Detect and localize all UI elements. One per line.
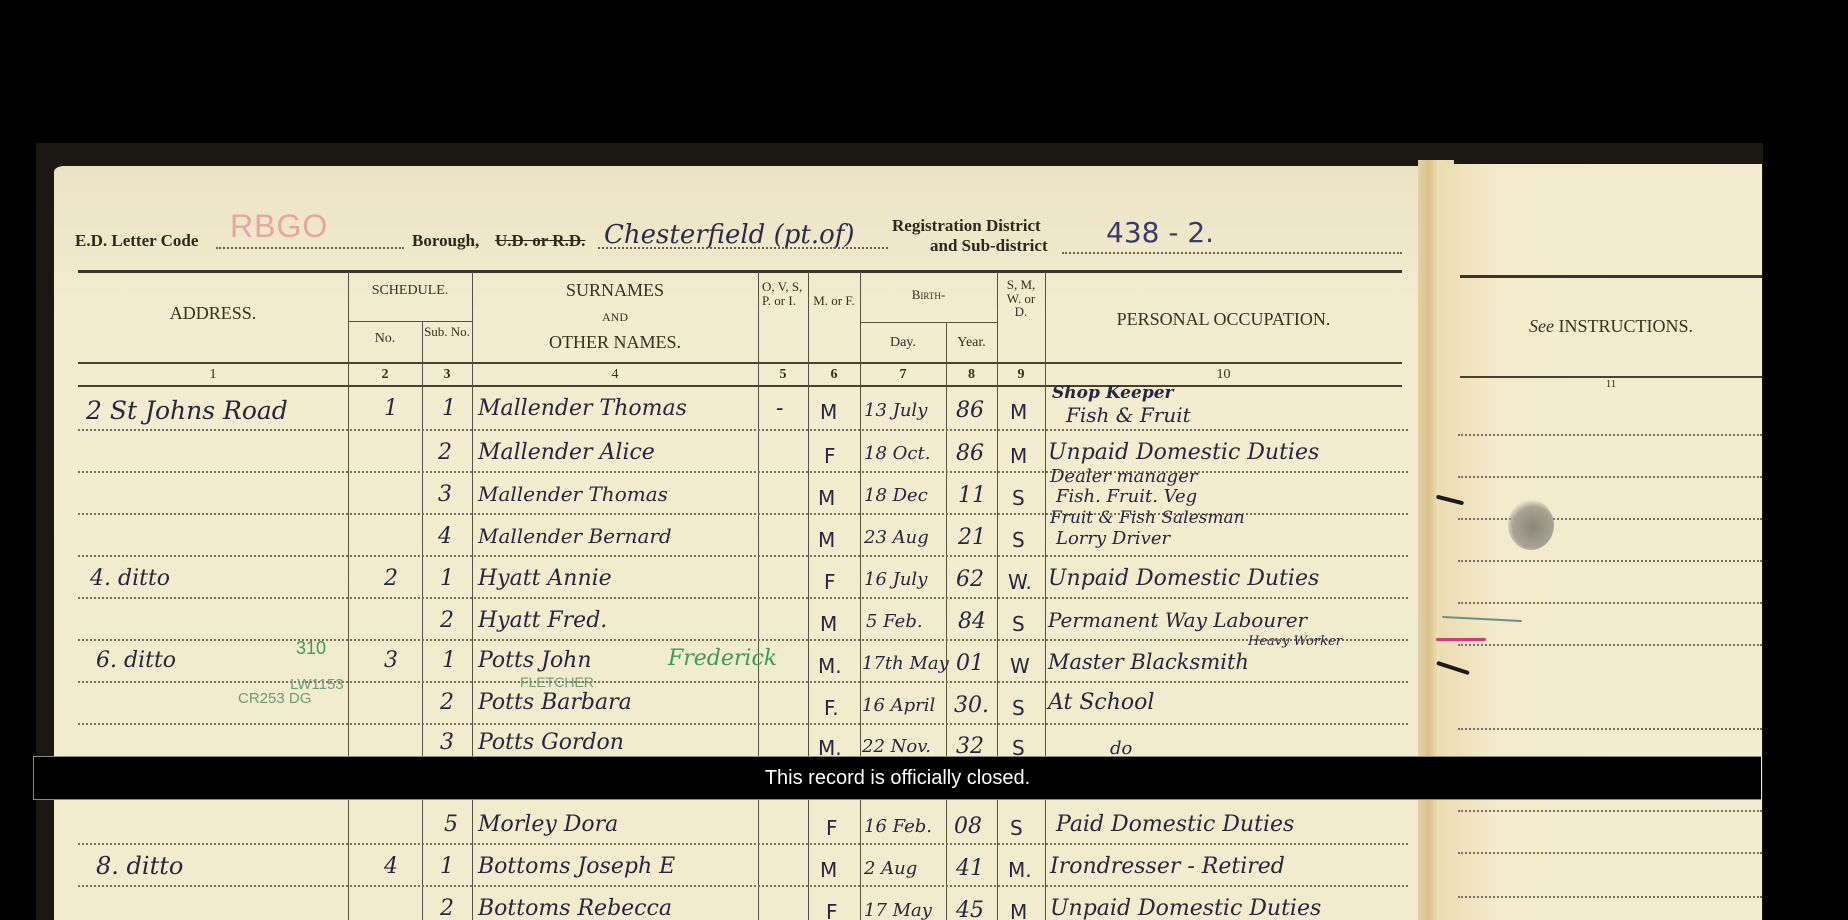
- column-header-birth: Birth-: [860, 288, 997, 302]
- occupation-cell: Permanent Way Labourer: [1048, 608, 1307, 632]
- birth-year-cell: 01: [956, 651, 984, 676]
- sub-no-cell: 2: [440, 896, 454, 920]
- name-cell: Potts Barbara: [478, 690, 632, 715]
- address-cell: 8. ditto: [96, 852, 183, 880]
- occupation-cell-line1: Fruit & Fish Salesman: [1050, 508, 1245, 528]
- sex-cell: M: [820, 612, 837, 636]
- address-cell: 2 St Johns Road: [86, 396, 288, 425]
- registration-district-value: 438 - 2.: [1106, 216, 1214, 249]
- borough-struck-text: U.D. or R.D.: [495, 231, 585, 251]
- birth-day-cell: 16 April: [862, 695, 935, 716]
- sex-cell: M: [820, 400, 837, 424]
- address-cell: 4. ditto: [90, 566, 170, 591]
- birth-year-cell: 86: [956, 441, 984, 466]
- name-cell: Potts Gordon: [478, 730, 624, 755]
- instructions-label: INSTRUCTIONS.: [1558, 316, 1693, 336]
- sex-cell: F: [826, 900, 838, 920]
- sub-no-cell: 2: [440, 608, 454, 633]
- name-cell: Mallender Bernard: [478, 524, 672, 548]
- occupation-cell: Irondresser - Retired: [1050, 854, 1285, 879]
- column-number: 7: [860, 367, 946, 383]
- sub-no-cell: 1: [442, 396, 456, 421]
- marital-cell: W.: [1008, 570, 1032, 594]
- occupation-cell: Fish & Fruit: [1066, 403, 1191, 427]
- sub-no-cell: 1: [440, 854, 454, 879]
- column-header-birth-year: Year.: [946, 336, 997, 351]
- birth-year-cell: 62: [956, 567, 984, 592]
- column-header-other-names: OTHER NAMES.: [472, 333, 758, 352]
- record-closed-banner: This record is officially closed.: [33, 756, 1761, 800]
- sub-no-cell: 3: [438, 482, 452, 507]
- birth-year-cell: 45: [956, 898, 984, 920]
- birth-year-cell: 08: [954, 814, 982, 839]
- schedule-no-cell: 4: [384, 854, 398, 879]
- sub-no-cell: 2: [438, 440, 452, 465]
- ovspi-cell: -: [776, 396, 783, 421]
- column-header-schedule: SCHEDULE.: [348, 284, 472, 299]
- schedule-no-cell: 2: [384, 566, 398, 591]
- column-header-instructions: See INSTRUCTIONS.: [1460, 317, 1762, 336]
- birth-day-cell: 18 Oct.: [864, 443, 930, 464]
- marital-cell: S: [1012, 528, 1025, 552]
- ed-letter-code-label: E.D. Letter Code: [75, 231, 198, 251]
- schedule-no-cell: 1: [384, 396, 398, 421]
- marital-cell: M.: [1008, 858, 1032, 882]
- column-number: 6: [808, 367, 860, 383]
- marital-cell: W: [1010, 654, 1030, 678]
- birth-day-cell: 13 July: [864, 400, 927, 421]
- sub-no-cell: 5: [444, 812, 458, 837]
- marital-cell: S: [1010, 816, 1023, 840]
- occupation-cell: Paid Domestic Duties: [1056, 812, 1294, 837]
- name-cell-green-addition: Frederick: [668, 646, 777, 671]
- sex-cell: F: [824, 444, 836, 468]
- sub-no-cell: 4: [438, 524, 452, 549]
- column-number: 5: [758, 367, 808, 383]
- birth-year-cell: 84: [958, 609, 986, 634]
- occupation-cell: At School: [1048, 690, 1154, 715]
- birth-day-cell: 16 July: [864, 569, 927, 590]
- ink-blot: [1508, 500, 1554, 550]
- occupation-cell: Lorry Driver: [1056, 528, 1170, 549]
- ink-mark: [1436, 638, 1486, 641]
- column-number: 9: [997, 367, 1045, 383]
- name-cell: Potts John: [478, 648, 592, 673]
- schedule-no-cell: 3: [384, 648, 398, 673]
- sex-cell: M: [820, 858, 837, 882]
- registration-district-label: Registration District: [892, 216, 1041, 236]
- record-closed-text: This record is officially closed.: [765, 767, 1030, 790]
- ed-letter-code-stamp: RBGO: [230, 208, 328, 245]
- sub-no-cell: 3: [440, 730, 454, 755]
- name-cell: Mallender Thomas: [478, 396, 687, 421]
- birth-day-cell: 17th May: [862, 653, 949, 674]
- sub-no-cell: 2: [440, 690, 454, 715]
- birth-day-cell: 22 Nov.: [862, 736, 931, 757]
- marital-cell: M: [1010, 900, 1027, 920]
- birth-day-cell: 5 Feb.: [866, 611, 923, 632]
- borough-label: Borough,: [412, 231, 479, 251]
- grey-annotation: CR253 DG: [238, 690, 311, 707]
- column-number: 11: [1460, 378, 1762, 390]
- occupation-cell-line1: Dealer manager: [1050, 466, 1197, 487]
- column-header-address: ADDRESS.: [78, 304, 348, 323]
- name-cell: Bottoms Rebecca: [478, 896, 672, 920]
- green-annotation: 310: [296, 638, 326, 659]
- birth-day-cell: 16 Feb.: [864, 816, 932, 837]
- column-number: 3: [422, 367, 472, 383]
- sex-cell: F.: [824, 696, 839, 720]
- birth-year-cell: 41: [956, 856, 984, 881]
- marital-cell: S: [1012, 486, 1025, 510]
- name-cell-annotation: FLETCHER: [520, 674, 594, 690]
- birth-day-cell: 23 Aug: [864, 527, 929, 548]
- marital-cell: M: [1010, 400, 1027, 424]
- sub-district-label: and Sub-district: [930, 236, 1048, 256]
- sex-cell: F: [826, 816, 838, 840]
- column-header-marital: S, M, W. or D.: [999, 278, 1043, 319]
- column-number: 4: [472, 367, 758, 383]
- marital-cell: M: [1010, 444, 1027, 468]
- column-header-schedule-no: No.: [348, 332, 422, 347]
- column-header-occupation: PERSONAL OCCUPATION.: [1045, 310, 1402, 329]
- name-cell: Mallender Thomas: [478, 482, 668, 506]
- occupation-cell: Unpaid Domestic Duties: [1050, 896, 1321, 920]
- birth-year-cell: 11: [958, 483, 986, 508]
- marital-cell: S: [1012, 612, 1025, 636]
- occupation-cell: Unpaid Domestic Duties: [1048, 566, 1319, 591]
- name-cell: Hyatt Annie: [478, 566, 612, 591]
- register-page-left: [54, 166, 1426, 920]
- address-cell: 6. ditto: [96, 648, 176, 673]
- column-number: 1: [78, 367, 348, 383]
- marital-cell: S: [1012, 696, 1025, 720]
- name-cell: Bottoms Joseph E: [478, 854, 675, 879]
- name-cell: Hyatt Fred.: [478, 608, 607, 633]
- sub-no-cell: 1: [440, 566, 454, 591]
- column-number: 8: [946, 367, 997, 383]
- occupation-cell: Unpaid Domestic Duties: [1048, 440, 1319, 465]
- birth-day-cell: 18 Dec: [864, 485, 928, 506]
- column-number: 2: [348, 367, 422, 383]
- column-header-sub-no: Sub. No.: [424, 325, 470, 339]
- sex-cell: M.: [818, 654, 842, 678]
- sub-no-cell: 1: [442, 648, 456, 673]
- column-header-and: AND: [472, 311, 758, 324]
- name-cell: Mallender Alice: [478, 440, 655, 465]
- see-label: See: [1529, 316, 1554, 336]
- occupation-cell: Master Blacksmith: [1048, 650, 1249, 674]
- column-header-ovspi: O, V, S, P. or I.: [762, 280, 804, 307]
- borough-value: Chesterfield (pt.of): [604, 220, 855, 250]
- birth-year-cell: 21: [958, 525, 986, 550]
- column-header-birth-day: Day.: [860, 336, 946, 351]
- sex-cell: F: [824, 570, 836, 594]
- column-number: 10: [1045, 367, 1402, 383]
- birth-day-cell: 17 May: [864, 900, 932, 920]
- header-top-rule: [78, 270, 1402, 273]
- birth-day-cell: 2 Aug: [864, 858, 917, 879]
- occupation-cell: Fish. Fruit. Veg: [1056, 486, 1197, 507]
- column-header-surnames: SURNAMES: [472, 281, 758, 300]
- birth-year-cell: 30.: [954, 693, 989, 718]
- birth-year-cell: 86: [956, 398, 984, 423]
- sex-cell: M: [818, 528, 835, 552]
- sex-cell: M: [818, 486, 835, 510]
- column-header-sex: M. or F.: [808, 294, 860, 308]
- occupation-cell-line1: Shop Keeper: [1052, 383, 1173, 403]
- occupation-cell-line1: Heavy Worker: [1248, 634, 1342, 649]
- header-top-rule-right: [1460, 275, 1762, 278]
- name-cell: Morley Dora: [478, 812, 618, 837]
